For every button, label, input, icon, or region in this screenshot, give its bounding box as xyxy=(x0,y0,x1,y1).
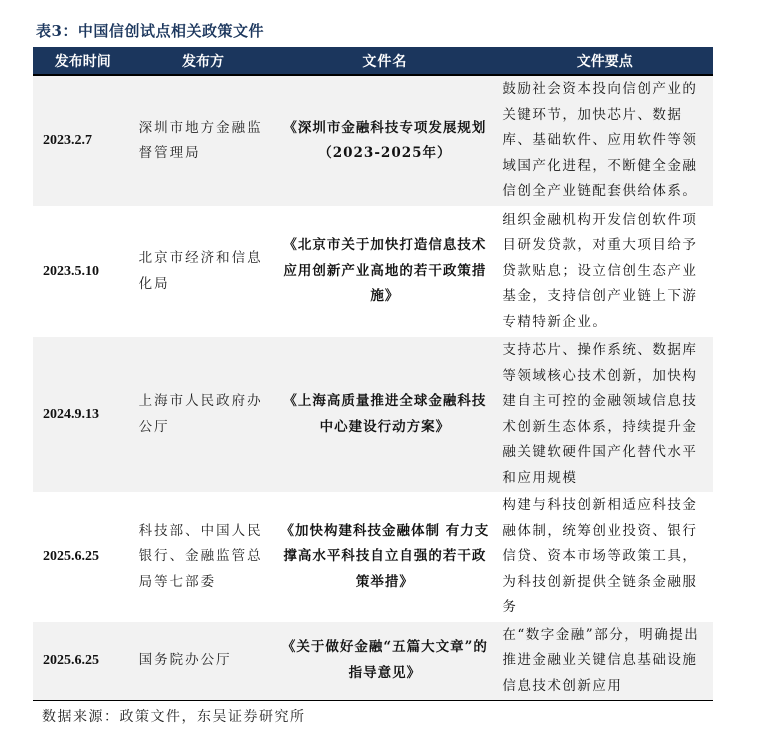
row-document: 《加快构建科技金融体制 有力支撑高水平科技自立自强的若干政策举措》 xyxy=(273,492,496,622)
table-row: 2024.9.13 上海市人民政府办公厅 《上海高质量推进全球金融科技中心建设行… xyxy=(33,337,713,492)
row-publisher: 北京市经济和信息化局 xyxy=(133,206,274,337)
row-key-points: 构建与科技创新相适应科技金融体制，统筹创业投资、银行信贷、资本市场等政策工具，为… xyxy=(496,492,713,622)
row-key-points: 支持芯片、操作系统、数据库等领域核心技术创新，加快构建自主可控的金融领域信息技术… xyxy=(496,337,713,492)
row-publisher: 国务院办公厅 xyxy=(133,622,274,700)
table-row: 2025.6.25 科技部、中国人民银行、金融监管总局等七部委 《加快构建科技金… xyxy=(33,492,713,622)
policy-table: 发布时间 发布方 文件名 文件要点 2023.2.7 深圳市地方金融监督管理局 … xyxy=(33,47,713,701)
header-key-points: 文件要点 xyxy=(496,47,713,75)
row-publisher: 深圳市地方金融监督管理局 xyxy=(133,75,274,206)
table-row: 2023.2.7 深圳市地方金融监督管理局 《深圳市金融科技专项发展规划（202… xyxy=(33,75,713,206)
row-document: 《关于做好金融“五篇大文章”的指导意见》 xyxy=(273,622,496,700)
header-date: 发布时间 xyxy=(33,47,133,75)
row-date: 2023.2.7 xyxy=(33,75,133,206)
row-document: 《深圳市金融科技专项发展规划（2023-2025年） xyxy=(273,75,496,206)
header-document: 文件名 xyxy=(273,47,496,75)
table-header-row: 发布时间 发布方 文件名 文件要点 xyxy=(33,47,713,75)
row-key-points: 组织金融机构开发信创软件项目研发贷款，对重大项目给予贷款贴息；设立信创生态产业基… xyxy=(496,206,713,337)
row-publisher: 科技部、中国人民银行、金融监管总局等七部委 xyxy=(133,492,274,622)
row-key-points: 鼓励社会资本投向信创产业的关键环节，加快芯片、数据库、基础软件、应用软件等领域国… xyxy=(496,75,713,206)
row-key-points: 在“数字金融”部分，明确提出推进金融业关键信息基础设施信息技术创新应用 xyxy=(496,622,713,700)
row-date: 2025.6.25 xyxy=(33,622,133,700)
row-document: 《北京市关于加快打造信息技术应用创新产业高地的若干政策措施》 xyxy=(273,206,496,337)
row-date: 2025.6.25 xyxy=(33,492,133,622)
table-row: 2025.6.25 国务院办公厅 《关于做好金融“五篇大文章”的指导意见》 在“… xyxy=(33,622,713,700)
header-publisher: 发布方 xyxy=(133,47,274,75)
table-row: 2023.5.10 北京市经济和信息化局 《北京市关于加快打造信息技术应用创新产… xyxy=(33,206,713,337)
data-source-note: 数据来源：政策文件，东吴证券研究所 xyxy=(42,706,306,726)
row-publisher: 上海市人民政府办公厅 xyxy=(133,337,274,492)
row-document: 《上海高质量推进全球金融科技中心建设行动方案》 xyxy=(273,337,496,492)
row-date: 2023.5.10 xyxy=(33,206,133,337)
row-date: 2024.9.13 xyxy=(33,337,133,492)
table-title: 表3：中国信创试点相关政策文件 xyxy=(36,20,264,41)
